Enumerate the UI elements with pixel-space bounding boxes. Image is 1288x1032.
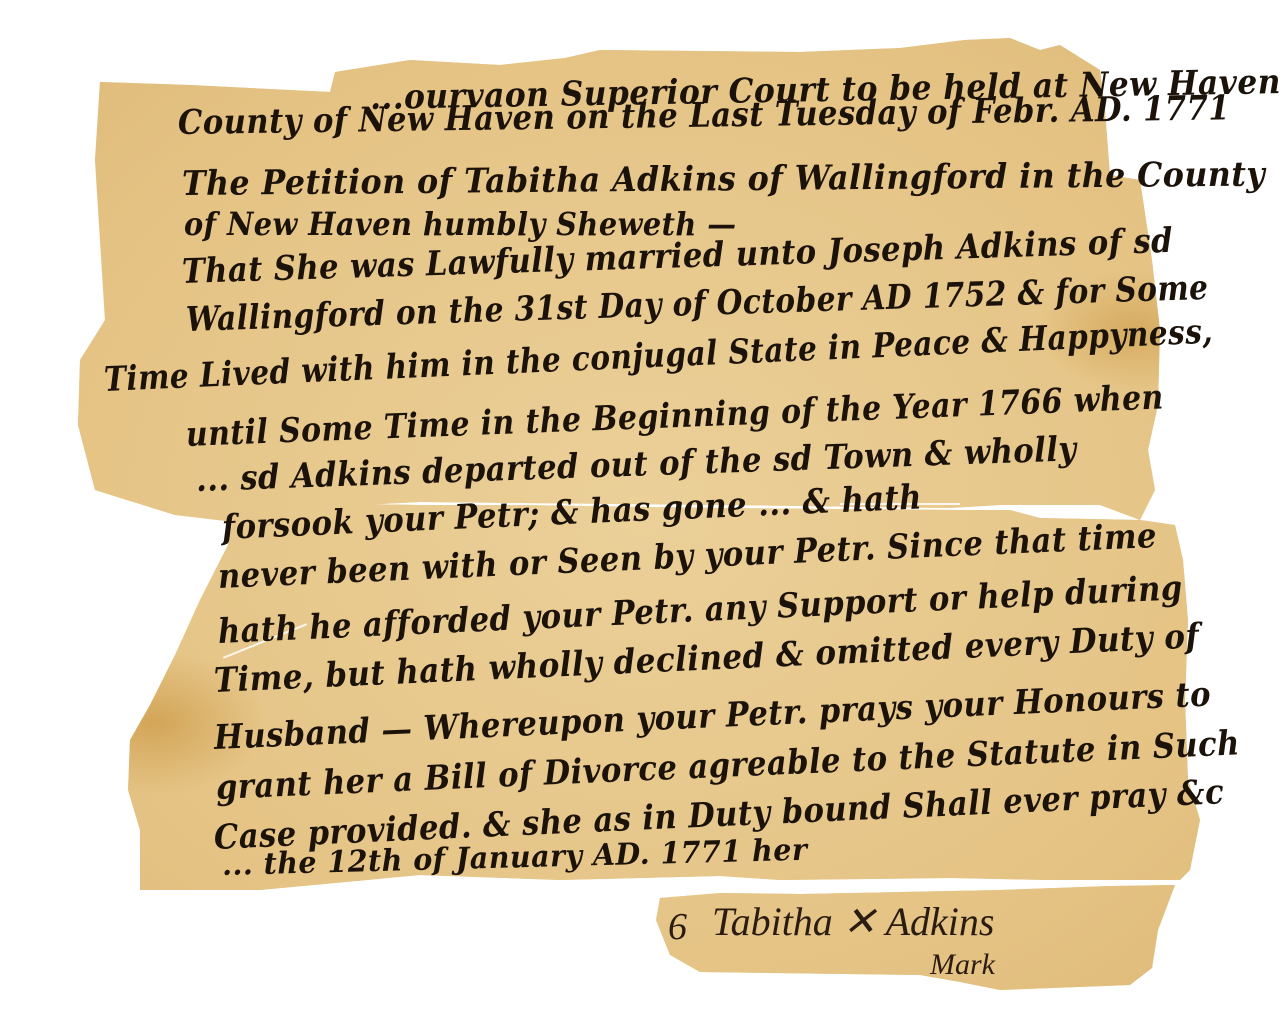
signature-prefix: 6 [668, 905, 687, 949]
signature-name: Tabitha ✕ Adkins [712, 898, 994, 945]
signature-mark-label: Mark [930, 948, 995, 982]
